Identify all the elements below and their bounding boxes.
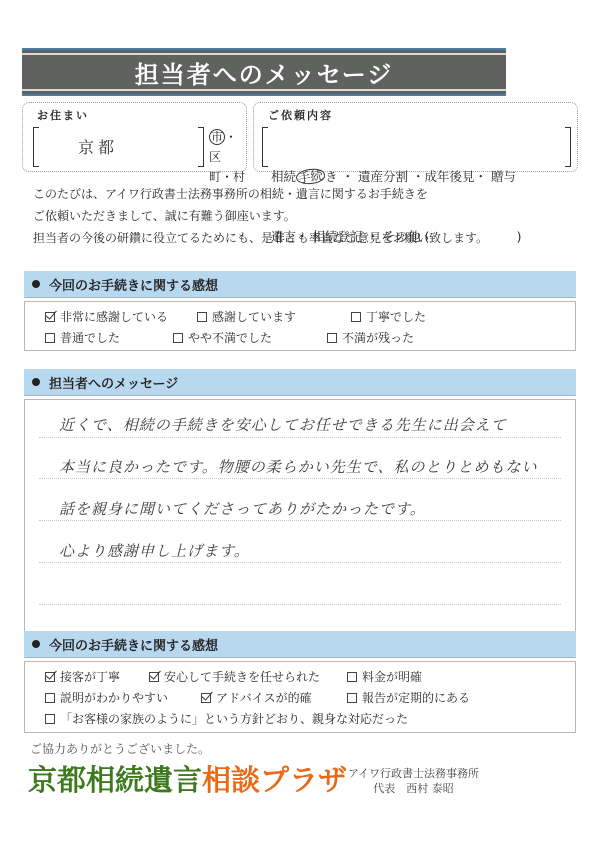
- handwritten-line: 本当に良かったです。物腰の柔らかい先生で、私のとりとめもない: [59, 456, 538, 477]
- option-clear-explanation[interactable]: 説明がわかりやすい: [45, 689, 168, 706]
- page-title: 担当者へのメッセージ: [135, 55, 394, 90]
- thanks-text: ご協力ありがとうございました。: [30, 740, 210, 757]
- address-value[interactable]: 京都: [78, 135, 118, 158]
- ruled-line: [39, 562, 561, 563]
- ruled-line: [39, 604, 561, 605]
- representative: 代表 西村 泰昭: [348, 781, 479, 796]
- checkbox-checked-icon[interactable]: [45, 312, 55, 322]
- request-label: ご依頼内容: [268, 107, 333, 123]
- request-text: き ・ 遺産分割 ・成年後見・ 贈与: [325, 169, 516, 184]
- address-type-options: 市・区 町・村: [209, 127, 246, 187]
- office-name: アイワ行政書士法務事務所: [348, 766, 479, 781]
- bracket-right: [565, 127, 571, 167]
- bracket-right: [198, 127, 204, 167]
- request-text: 相続: [271, 169, 296, 184]
- request-box: ご依頼内容 相続手続き ・ 遺産分割 ・成年後見・ 贈与 遺言・ 相続登記 ・ …: [253, 102, 578, 172]
- section-title: 今回のお手続きに関する感想: [49, 275, 218, 294]
- checkbox-icon[interactable]: [327, 333, 337, 343]
- checkbox-checked-icon[interactable]: [201, 693, 211, 703]
- title-bar: 担当者へのメッセージ: [22, 48, 506, 96]
- handwritten-line: 近くで、相続の手続きを安心してお任せできる先生に出会えて: [59, 414, 507, 435]
- option-slightly-dissatisfied[interactable]: やや不満でした: [173, 329, 272, 346]
- option-clear-fees[interactable]: 料金が明確: [347, 668, 422, 685]
- intro-line: ご依頼いただきまして、誠に有難う御座います。: [33, 205, 488, 227]
- ruled-line: [39, 478, 561, 479]
- checkbox-icon[interactable]: [347, 693, 357, 703]
- option-polite-service[interactable]: 接客が丁寧: [45, 668, 120, 685]
- intro-line: 担当者の今後の研鑽に役立てるためにも、是非とも率直なご意見をお願い致します。: [33, 227, 488, 249]
- checkbox-icon[interactable]: [45, 333, 55, 343]
- address-box: お住まい 京都 市・区 町・村: [22, 102, 247, 172]
- option-grateful[interactable]: 感謝しています: [197, 308, 296, 325]
- checkbox-checked-icon[interactable]: [45, 672, 55, 682]
- section-header: 今回のお手続きに関する感想: [24, 271, 576, 298]
- ruled-line: [39, 520, 561, 521]
- handwritten-line: 心より感謝申し上げます。: [59, 540, 250, 561]
- brand-name-green: 京都相続遺言: [28, 763, 202, 797]
- impression-options: 非常に感謝している 感謝しています 丁寧でした 普通でした やや不満でした 不満…: [24, 301, 576, 351]
- message-section: 担当者へのメッセージ 近くで、相続の手続きを安心してお任せできる先生に出会えて …: [24, 369, 576, 635]
- bullet-icon: [32, 378, 40, 386]
- checkbox-checked-icon[interactable]: [149, 672, 159, 682]
- bracket-left: [33, 127, 39, 167]
- option-average[interactable]: 普通でした: [45, 329, 120, 346]
- checkbox-icon[interactable]: [197, 312, 207, 322]
- option-accurate-advice[interactable]: アドバイスが的確: [201, 689, 312, 706]
- option-dissatisfied[interactable]: 不満が残った: [327, 329, 414, 346]
- section-title: 担当者へのメッセージ: [49, 373, 178, 392]
- option-family-like-care[interactable]: 「お客様の家族のように」という方針どおり、親身な対応だった: [45, 710, 408, 727]
- checkbox-icon[interactable]: [173, 333, 183, 343]
- bracket-left: [262, 127, 268, 167]
- office-info: アイワ行政書士法務事務所 代表 西村 泰昭: [348, 766, 479, 796]
- checkbox-icon[interactable]: [45, 693, 55, 703]
- bullet-icon: [32, 280, 40, 288]
- impression2-options: 接客が丁寧 安心して手続きを任せられた 料金が明確 説明がわかりやすい アドバイ…: [24, 661, 576, 733]
- intro-text: このたびは、アイワ行政書士法務事務所の相続・遺言に関するお手続きを ご依頼いただ…: [33, 183, 488, 249]
- option-very-grateful[interactable]: 非常に感謝している: [45, 308, 168, 325]
- checkbox-icon[interactable]: [347, 672, 357, 682]
- checkbox-icon[interactable]: [45, 714, 55, 724]
- brand-name-orange: 相談プラザ: [202, 763, 347, 797]
- option-trusted-procedure[interactable]: 安心して手続きを任せられた: [149, 668, 320, 685]
- message-body[interactable]: 近くで、相続の手続きを安心してお任せできる先生に出会えて 本当に良かったです。物…: [24, 399, 576, 635]
- checkbox-icon[interactable]: [351, 312, 361, 322]
- bullet-icon: [32, 640, 40, 648]
- option-polite[interactable]: 丁寧でした: [351, 308, 426, 325]
- section-header: 今回のお手続きに関する感想: [24, 631, 576, 658]
- option-regular-reports[interactable]: 報告が定期的にある: [347, 689, 470, 706]
- ruled-line: [39, 437, 561, 438]
- address-label: お住まい: [37, 107, 89, 123]
- impression-section: 今回のお手続きに関する感想 非常に感謝している 感謝しています 丁寧でした 普通…: [24, 271, 576, 351]
- address-option-city-selected[interactable]: 市: [209, 129, 225, 145]
- section-title: 今回のお手続きに関する感想: [49, 635, 218, 654]
- brand-logo: 京都相続遺言相談プラザ: [28, 758, 347, 799]
- section-header: 担当者へのメッセージ: [24, 369, 576, 396]
- intro-line: このたびは、アイワ行政書士法務事務所の相続・遺言に関するお手続きを: [33, 183, 488, 205]
- handwritten-line: 話を親身に聞いてくださってありがたかったです。: [59, 498, 426, 519]
- impression2-section: 今回のお手続きに関する感想 接客が丁寧 安心して手続きを任せられた 料金が明確 …: [24, 631, 576, 733]
